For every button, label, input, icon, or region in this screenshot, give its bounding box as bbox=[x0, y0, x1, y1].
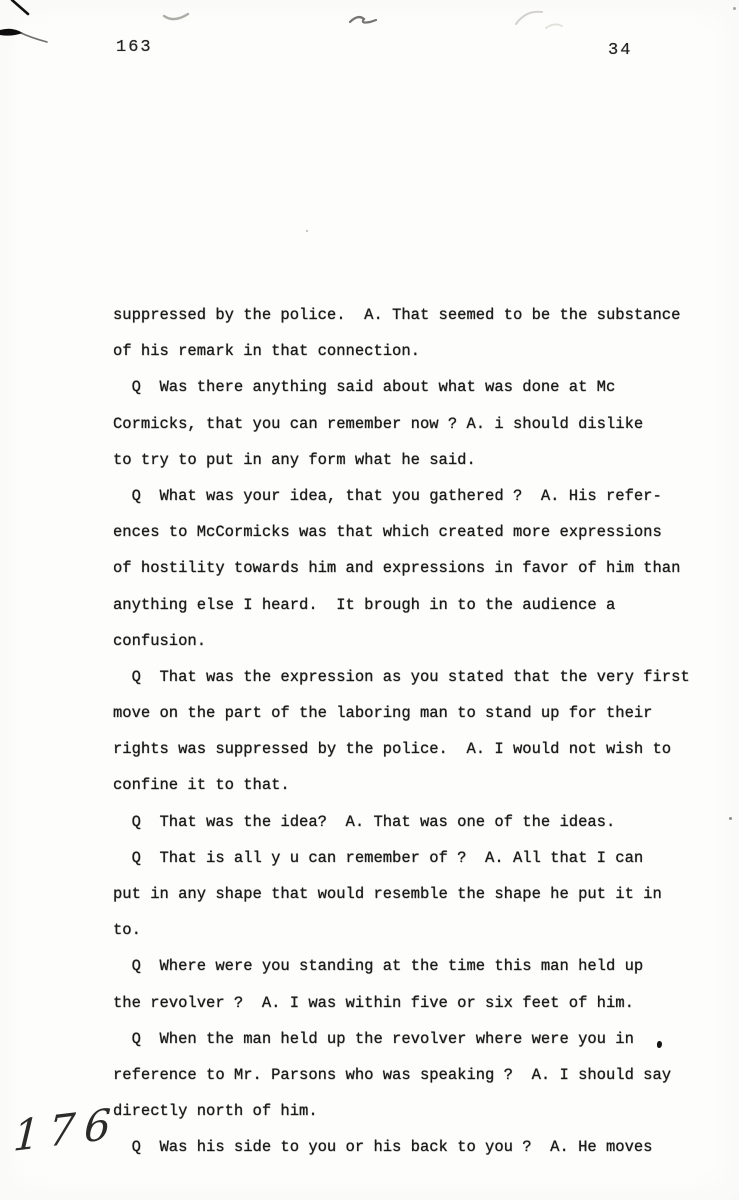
transcript-line: confusion. bbox=[113, 623, 713, 659]
smudge-mark-top-2 bbox=[348, 10, 380, 32]
smudge-mark-top-3 bbox=[512, 4, 566, 34]
transcript-line: Q What was your idea, that you gathered … bbox=[113, 478, 713, 514]
transcript-line: reference to Mr. Parsons who was speakin… bbox=[113, 1057, 713, 1093]
transcript-line: ences to McCormicks was that which creat… bbox=[113, 514, 713, 550]
transcript-line: suppressed by the police. A. That seemed… bbox=[113, 297, 713, 333]
speck-mark-3 bbox=[733, 7, 736, 10]
transcript-line: rights was suppressed by the police. A. … bbox=[113, 731, 713, 767]
transcript-line: put in any shape that would resemble the… bbox=[113, 876, 713, 912]
transcript-line: Q That is all y u can remember of ? A. A… bbox=[113, 840, 713, 876]
transcript-line: Q Was there anything said about what was… bbox=[113, 369, 713, 405]
transcript-line: Q When the man held up the revolver wher… bbox=[113, 1021, 713, 1057]
transcript-line: Q That was the idea? A. That was one of … bbox=[113, 804, 713, 840]
transcript-line: of hostility towards him and expressions… bbox=[113, 550, 713, 586]
speck-mark-1 bbox=[729, 817, 732, 820]
transcript-line: anything else I heard. It brough in to t… bbox=[113, 587, 713, 623]
ink-mark-top-left-corner bbox=[0, 0, 60, 50]
transcript-line: confine it to that. bbox=[113, 767, 713, 803]
transcript-line: to. bbox=[113, 912, 713, 948]
transcript-line: directly north of him. bbox=[113, 1093, 713, 1129]
transcript-line: to try to put in any form what he said. bbox=[113, 442, 713, 478]
transcript-line: Q That was the expression as you stated … bbox=[113, 659, 713, 695]
transcript-line: Q Where were you standing at the time th… bbox=[113, 948, 713, 984]
handwritten-page-number: 176 bbox=[12, 1098, 121, 1161]
transcript-line: move on the part of the laboring man to … bbox=[113, 695, 713, 731]
transcript-line: Q Was his side to you or his back to you… bbox=[113, 1129, 713, 1165]
page-number-right: 34 bbox=[608, 41, 632, 60]
smudge-mark-top-1 bbox=[162, 4, 198, 28]
transcript-lines: suppressed by the police. A. That seemed… bbox=[113, 297, 713, 1166]
transcript-line: of his remark in that connection. bbox=[113, 333, 713, 369]
speck-mark-2 bbox=[306, 230, 308, 232]
scanned-page: 163 34 suppressed by the police. A. That… bbox=[0, 0, 739, 1200]
transcript-line: the revolver ? A. I was within five or s… bbox=[113, 985, 713, 1021]
transcript-line: Cormicks, that you can remember now ? A.… bbox=[113, 406, 713, 442]
page-number-left: 163 bbox=[116, 38, 153, 57]
